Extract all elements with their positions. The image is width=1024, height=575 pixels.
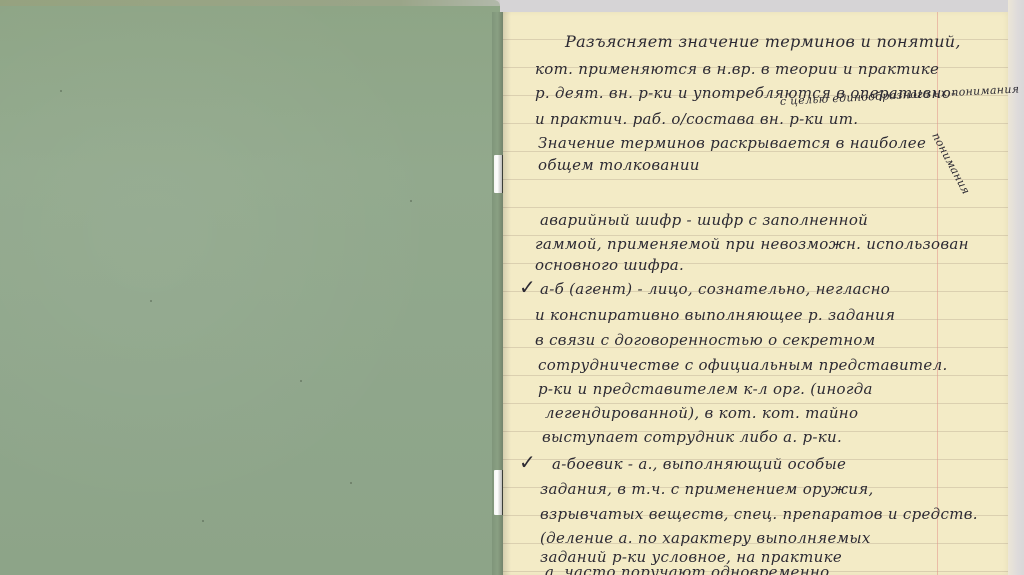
cover-speck xyxy=(150,300,152,302)
check-mark-icon: ✓ xyxy=(519,277,536,297)
handwritten-line: (деление а. по характеру выполняемых xyxy=(540,531,871,546)
handwritten-line: кот. применяются в н.вр. в теории и прак… xyxy=(535,62,939,77)
handwritten-line: аварийный шифр - шифр с заполненной xyxy=(540,213,868,228)
handwritten-line: а-боевик - а., выполняющий особые xyxy=(552,457,846,472)
cover-speck xyxy=(350,482,352,484)
cover-speck xyxy=(410,200,412,202)
handwritten-line: легендированной), в кот. кот. тайно xyxy=(545,406,858,421)
cover-speck xyxy=(300,380,302,382)
handwritten-line: сотрудничестве с официальным представите… xyxy=(538,358,948,373)
handwritten-line: основного шифра. xyxy=(535,258,684,273)
handwritten-line: а-б (агент) - лицо, сознательно, негласн… xyxy=(540,282,890,297)
handwritten-line: гаммой, применяемой при невозможн. испол… xyxy=(535,237,969,252)
handwritten-line: в связи с договоренностью о секретном xyxy=(535,333,875,348)
handwritten-line: р-ки и представителем к-л орг. (иногда xyxy=(538,382,873,397)
cover-speck xyxy=(202,520,204,522)
cover-speck xyxy=(60,90,62,92)
handwritten-line: взрывчатых веществ, спец. препаратов и с… xyxy=(540,507,978,522)
notebook-photo: Разъясняет значение терминов и понятий, … xyxy=(0,0,1024,575)
handwritten-line: и практич. раб. о/состава вн. р-ки ит. xyxy=(535,112,858,127)
handwritten-line: а. часто поручают одновременно xyxy=(545,565,829,575)
notebook-cover xyxy=(0,0,500,575)
handwritten-line: и конспиративно выполняющее р. задания xyxy=(535,308,895,323)
handwritten-line: Значение терминов раскрывается в наиболе… xyxy=(538,136,926,151)
check-mark-icon: ✓ xyxy=(519,452,536,472)
handwritten-line: Разъясняет значение терминов и понятий, xyxy=(565,34,961,50)
handwritten-line: выступает сотрудник либо а. р-ки. xyxy=(542,430,842,445)
handwritten-line: задания, в т.ч. с применением оружия, xyxy=(540,482,874,497)
handwritten-line: общем толковании xyxy=(538,158,700,173)
